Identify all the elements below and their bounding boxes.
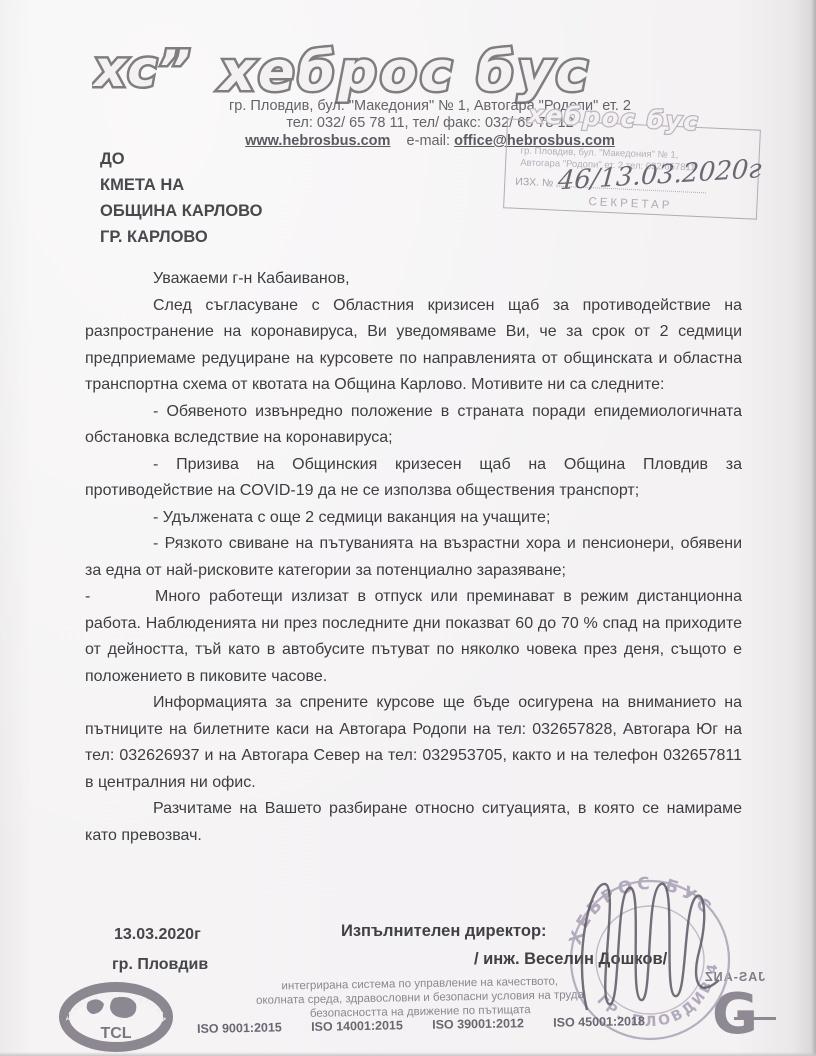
bullet-remote-work-text: Много работещи излизат в отпуск или прем… xyxy=(85,588,742,685)
letter-date: 13.03.2020г xyxy=(114,926,201,944)
registry-stamp-role: СЕКРЕТАР xyxy=(504,192,756,215)
bullet-state-of-emergency: - Обявеното извънредно положение в стран… xyxy=(85,399,742,452)
handwritten-signature xyxy=(545,852,765,1047)
iso-39001: ISO 39001:2012 xyxy=(432,1016,524,1032)
signatory-title: Изпълнителен директор: xyxy=(341,922,547,941)
paragraph-information: Информацията за спрените курсове ще бъде… xyxy=(85,690,742,796)
registry-stamp-logo-text: хеброс бус xyxy=(527,100,700,136)
signature-stroke xyxy=(582,884,719,1010)
tcl-globe-west xyxy=(87,999,104,1014)
recipient-city: ГР. КАРЛОВО xyxy=(100,224,263,250)
recipient-to: ДО xyxy=(100,146,263,172)
logo-monogram: хс” xyxy=(92,40,191,98)
bullet-remote-work: -Много работещи излизат в отпуск или пре… xyxy=(85,584,742,690)
salutation: Уважаеми г-н Кабаиванов, xyxy=(85,266,742,293)
paragraph-intro: След съгласуване с Областния кризисен ща… xyxy=(85,293,742,399)
registry-stamp: хеброс бус гр. Пловдив, бул. "Македония"… xyxy=(503,118,761,219)
iso-9001: ISO 9001:2015 xyxy=(197,1020,282,1035)
tcl-globe-east xyxy=(110,997,136,1018)
letter-body: Уважаеми г-н Кабаиванов, След съгласуван… xyxy=(85,266,742,849)
letter-city: гр. Пловдив xyxy=(112,956,208,974)
recipient-title: КМЕТА НА xyxy=(100,172,263,198)
bullet-covid-appeal: - Призива на Общинския кризесен щаб на О… xyxy=(85,452,742,505)
recipient-block: ДО КМЕТА НА ОБЩИНА КАРЛОВО ГР. КАРЛОВО xyxy=(100,146,263,250)
scan-edge-right xyxy=(811,0,816,1056)
tcl-label: TCL xyxy=(100,1025,131,1042)
bullet-elderly-travel: - Рязкото свиване на пътуванията на възр… xyxy=(85,531,742,584)
paragraph-closing: Разчитаме на Вашето разбиране относно си… xyxy=(85,796,742,849)
registry-number-label: ИЗХ. № xyxy=(515,176,554,190)
recipient-municipality: ОБЩИНА КАРЛОВО xyxy=(100,198,263,224)
logo-wordmark: хеброс бус xyxy=(217,40,591,103)
iso-14001: ISO 14001:2015 xyxy=(311,1018,403,1034)
scanned-letter-page: хс” хеброс бус гр. Пловдив, бул. "Македо… xyxy=(0,0,816,1056)
bullet-school-vacation: - Удължената с още 2 седмици ваканция на… xyxy=(85,505,742,532)
website-link: www.hebrosbus.com xyxy=(245,133,390,149)
email-label: e-mail: xyxy=(407,133,451,149)
bullet-dash: - xyxy=(85,584,155,611)
hebrosbus-logo-art: хс” хеброс бус xyxy=(92,28,722,106)
tcl-certification-logo: TRANSPACIFIC CERTIFICATIONS LTD TCL xyxy=(58,980,174,1056)
